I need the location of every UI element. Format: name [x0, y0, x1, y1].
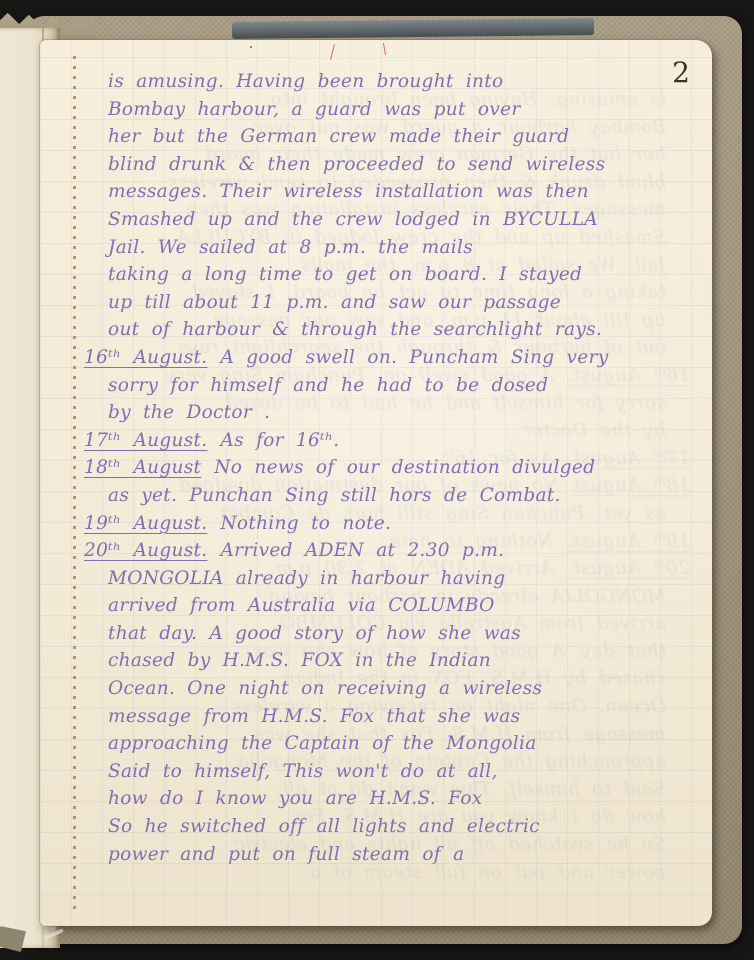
diary-line-text: message from H.M.S. Fox that she was — [108, 706, 520, 727]
diary-line-text: messages. Their wireless installation wa… — [108, 181, 589, 202]
diary-line: power and put on full steam of a — [84, 841, 690, 869]
ink-speckles — [330, 44, 335, 60]
diary-line: message from H.M.S. Fox that she was — [84, 703, 690, 731]
diary-line: up till about 11 p.m. and saw our passag… — [84, 289, 690, 317]
diary-line-text: out of harbour & through the searchlight… — [108, 319, 602, 340]
diary-line: MONGOLIA already in harbour having — [84, 565, 690, 593]
diary-line: as yet. Punchan Sing still hors de Comba… — [84, 482, 690, 510]
diary-lines: is amusing. Having been brought intoBomb… — [84, 68, 690, 868]
diary-line-text: is amusing. Having been brought into — [108, 71, 503, 92]
diary-line-text: So he switched off all lights and electr… — [108, 816, 540, 837]
diary-line: 20ᵗʰ August.Arrived ADEN at 2.30 p.m. — [84, 537, 690, 565]
diary-line: is amusing. Having been brought into — [84, 68, 690, 96]
diary-line-text: MONGOLIA already in harbour having — [108, 568, 505, 589]
diary-line: taking a long time to get on board. I st… — [84, 261, 690, 289]
diary-line-text: taking a long time to get on board. I st… — [108, 264, 582, 285]
ink-speckles — [383, 43, 386, 55]
diary-line: approaching the Captain of the Mongolia — [84, 730, 690, 758]
diary-line-text: Arrived ADEN at 2.30 p.m. — [220, 540, 504, 561]
diary-line: 18ᵗʰ AugustNo news of our destination di… — [84, 454, 690, 482]
perforation-line — [73, 56, 76, 910]
diary-line-text: Nothing to note. — [220, 513, 391, 534]
diary-line-text: Smashed up and the crew lodged in BYCULL… — [108, 209, 598, 230]
diary-line-text: up till about 11 p.m. and saw our passag… — [108, 292, 561, 313]
diary-date-heading: 17ᵗʰ August. — [84, 430, 207, 451]
ink-speckles — [250, 46, 252, 48]
diary-line-text: sorry for himself and he had to be dosed — [108, 375, 548, 396]
diary-line-text: A good swell on. Puncham Sing very — [220, 347, 608, 368]
diary-line: messages. Their wireless installation wa… — [84, 178, 690, 206]
diary-line-text: As for 16ᵗʰ. — [220, 430, 339, 451]
diary-line: that day. A good story of how she was — [84, 620, 690, 648]
diary-line: 17ᵗʰ August.As for 16ᵗʰ. — [84, 427, 690, 455]
diary-line: by the Doctor . — [84, 399, 690, 427]
diary-line: sorry for himself and he had to be dosed — [84, 372, 690, 400]
diary-line-text: approaching the Captain of the Mongolia — [108, 733, 537, 754]
diary-line: Ocean. One night on receiving a wireless — [84, 675, 690, 703]
diary-line: arrived from Australia via COLUMBO — [84, 592, 690, 620]
diary-line-text: Ocean. One night on receiving a wireless — [108, 678, 542, 699]
diary-line: Said to himself, This won't do at all, — [84, 758, 690, 786]
diary-line: how do I know you are H.M.S. Fox — [84, 785, 690, 813]
diary-date-heading: 18ᵗʰ August — [84, 457, 201, 478]
diary-line: Jail. We sailed at 8 p.m. the mails — [84, 234, 690, 262]
diary-line-text: by the Doctor . — [108, 402, 270, 423]
diary-line-text: chased by H.M.S. FOX in the Indian — [108, 650, 491, 671]
diary-line-text: No news of our destination divulged — [214, 457, 595, 478]
diary-date-heading: 20ᵗʰ August. — [84, 540, 207, 561]
diary-line-text: blind drunk & then proceeded to send wir… — [108, 154, 605, 175]
diary-line: Smashed up and the crew lodged in BYCULL… — [84, 206, 690, 234]
diary-date-heading: 16ᵗʰ August. — [84, 347, 207, 368]
diary-line: out of harbour & through the searchlight… — [84, 316, 690, 344]
diary-line-text: power and put on full steam of a — [108, 844, 464, 865]
diary-line-text: how do I know you are H.M.S. Fox — [108, 788, 483, 809]
diary-line-text: her but the German crew made their guard — [108, 126, 569, 147]
diary-line: 19ᵗʰ August.Nothing to note. — [84, 510, 690, 538]
diary-line-text: arrived from Australia via COLUMBO — [108, 595, 495, 616]
diary-line-text: that day. A good story of how she was — [108, 623, 521, 644]
diary-page: 2 is amusing. Having been brought intoBo… — [40, 40, 712, 926]
diary-line-text: as yet. Punchan Sing still hors de Comba… — [108, 485, 561, 506]
diary-line-text: Jail. We sailed at 8 p.m. the mails — [108, 237, 473, 258]
diary-line: blind drunk & then proceeded to send wir… — [84, 151, 690, 179]
diary-date-heading: 19ᵗʰ August. — [84, 513, 207, 534]
diary-line-text: Bombay harbour, a guard was put over — [108, 99, 521, 120]
diary-line: So he switched off all lights and electr… — [84, 813, 690, 841]
diary-line: her but the German crew made their guard — [84, 123, 690, 151]
diary-line: Bombay harbour, a guard was put over — [84, 96, 690, 124]
diary-line: chased by H.M.S. FOX in the Indian — [84, 647, 690, 675]
notebook-photo: 2 is amusing. Having been brought intoBo… — [0, 0, 754, 960]
diary-line-text: Said to himself, This won't do at all, — [108, 761, 498, 782]
diary-line: 16ᵗʰ August.A good swell on. Puncham Sin… — [84, 344, 690, 372]
